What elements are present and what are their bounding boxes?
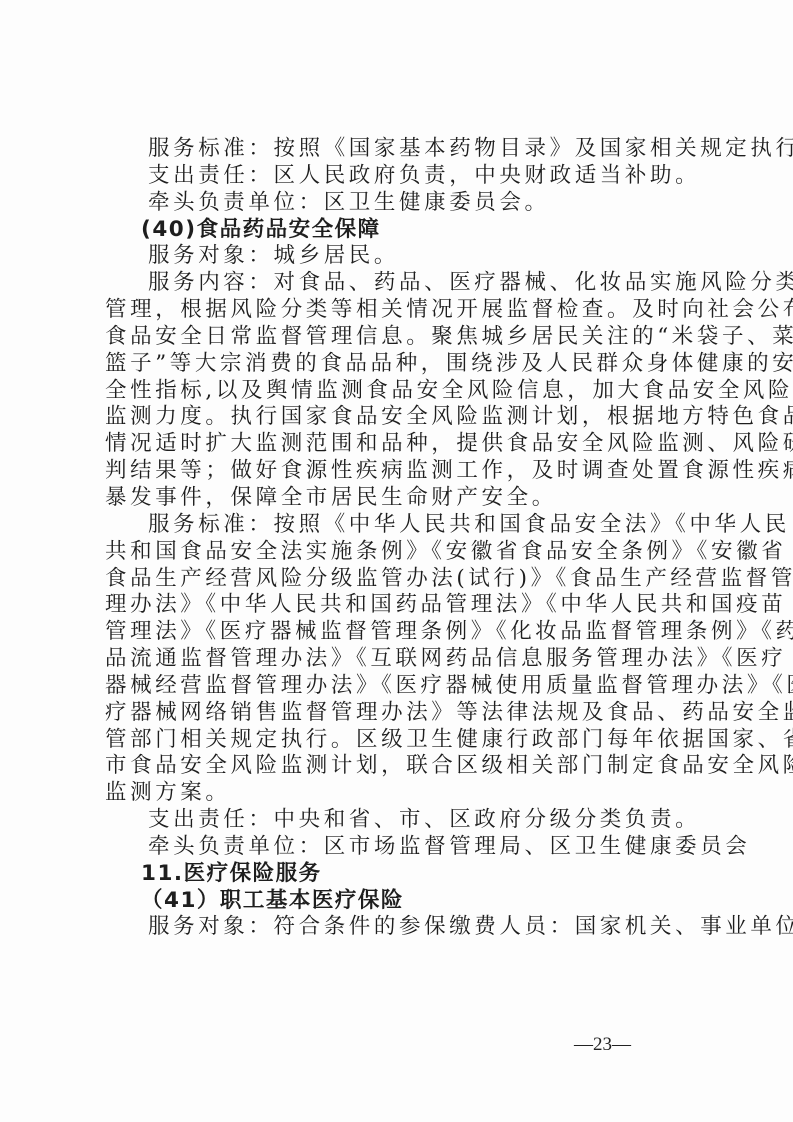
service-content-40-line: 食品安全日常监督管理信息。聚焦城乡居民关注的“米袋子、菜 [105, 324, 693, 351]
service-content-40-line: 管理，根据风险分类等相关情况开展监督检查。及时向社会公布 [105, 297, 693, 324]
expense-responsibility-39: 支出责任：区人民政府负责，中央财政适当补助。 [105, 163, 693, 190]
service-target-41: 服务对象：符合条件的参保缴费人员：国家机关、事业单位、 [105, 914, 693, 941]
service-standard-40-line: 疗器械网络销售监督管理办法》等法律法规及食品、药品安全监 [105, 700, 693, 727]
service-standard-40-line: 管部门相关规定执行。区级卫生健康行政部门每年依据国家、省、 [105, 727, 693, 754]
service-content-40-line: 篮子”等大宗消费的食品品种，围绕涉及人民群众身体健康的安 [105, 351, 693, 378]
service-content-40-line: 全性指标,以及舆情监测食品安全风险信息，加大食品安全风险 [105, 378, 693, 405]
lead-unit-40: 牵头负责单位：区市场监督管理局、区卫生健康委员会 [105, 834, 693, 861]
page-number: —23— [574, 1034, 631, 1056]
service-content-40-line: 暴发事件，保障全市居民生命财产安全。 [105, 485, 693, 512]
service-content-40-line: 判结果等；做好食源性疾病监测工作，及时调查处置食源性疾病 [105, 458, 693, 485]
chapter-heading-11: 11.医疗保险服务 [105, 861, 693, 888]
service-content-40-line: 情况适时扩大监测范围和品种，提供食品安全风险监测、风险研 [105, 431, 693, 458]
service-standard-40-line: 品流通监督管理办法》《互联网药品信息服务管理办法》《医疗 [105, 646, 693, 673]
section-heading-40: (40)食品药品安全保障 [105, 217, 693, 244]
service-target-40: 服务对象：城乡居民。 [105, 243, 693, 270]
service-standard-40-line: 理办法》《中华人民共和国药品管理法》《中华人民共和国疫苗 [105, 592, 693, 619]
document-page: 服务标准：按照《国家基本药物目录》及国家相关规定执行。 支出责任：区人民政府负责… [0, 0, 793, 1122]
service-standard-40-line: 市食品安全风险监测计划，联合区级相关部门制定食品安全风险 [105, 753, 693, 780]
section-heading-41: （41）职工基本医疗保险 [105, 888, 693, 915]
service-content-40-line: 服务内容：对食品、药品、医疗器械、化妆品实施风险分类 [105, 270, 693, 297]
service-standard-40-line: 管理法》《医疗器械监督管理条例》《化妆品监督管理条例》《药 [105, 619, 693, 646]
service-standard-40-line: 器械经营监督管理办法》《医疗器械使用质量监督管理办法》《医 [105, 673, 693, 700]
page-body: 服务标准：按照《国家基本药物目录》及国家相关规定执行。 支出责任：区人民政府负责… [105, 136, 693, 941]
service-standard-40-line: 共和国食品安全法实施条例》《安徽省食品安全条例》《安徽省 [105, 539, 693, 566]
service-standard-40-line: 服务标准：按照《中华人民共和国食品安全法》《中华人民 [105, 512, 693, 539]
service-standard-40-line: 食品生产经营风险分级监管办法(试行)》《食品生产经营监督管 [105, 566, 693, 593]
service-content-40-line: 监测力度。执行国家食品安全风险监测计划，根据地方特色食品 [105, 404, 693, 431]
expense-responsibility-40: 支出责任：中央和省、市、区政府分级分类负责。 [105, 807, 693, 834]
lead-unit-39: 牵头负责单位：区卫生健康委员会。 [105, 190, 693, 217]
service-standard-39: 服务标准：按照《国家基本药物目录》及国家相关规定执行。 [105, 136, 693, 163]
service-standard-40-line: 监测方案。 [105, 780, 693, 807]
